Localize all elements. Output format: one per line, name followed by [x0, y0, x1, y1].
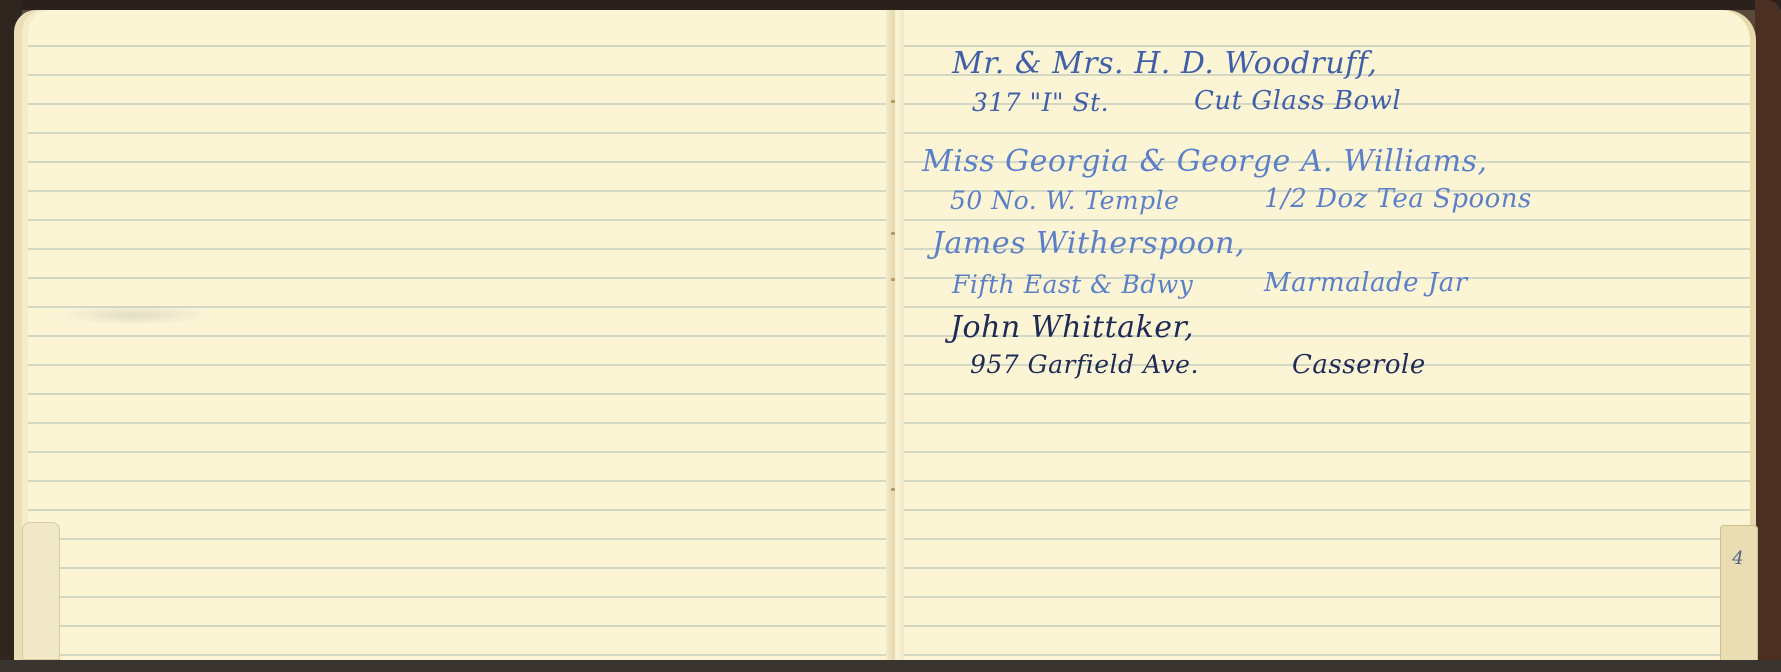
entry-address: Fifth East & Bdwy — [952, 270, 1193, 299]
entry-address: 50 No. W. Temple — [950, 186, 1179, 215]
left-page — [14, 10, 894, 662]
entry-name: Mr. & Mrs. H. D. Woodruff, — [952, 46, 1377, 81]
entry-gift: Casserole — [1292, 350, 1426, 380]
paper-smudge — [60, 305, 210, 325]
book-spine-gutter — [886, 10, 904, 662]
book-cover-bottom-edge — [0, 660, 1781, 672]
entry-gift: Cut Glass Bowl — [1194, 86, 1401, 116]
right-page: Mr. & Mrs. H. D. Woodruff, 317 "I" St. C… — [894, 10, 1756, 662]
book-cover-right — [1755, 0, 1781, 672]
binding-stitch — [891, 232, 895, 235]
entry-name: John Whittaker, — [950, 310, 1194, 345]
entry-address: 317 "I" St. — [972, 88, 1109, 117]
entry-name: James Witherspoon, — [932, 226, 1245, 261]
page-tab-number: 4 — [1722, 548, 1754, 569]
binding-stitch — [891, 278, 895, 281]
book-cover-top-edge — [0, 0, 1781, 10]
entry-name: Miss Georgia & George A. Williams, — [922, 144, 1488, 179]
left-page-index-tab — [22, 522, 60, 660]
right-page-index-tab — [1720, 525, 1758, 662]
binding-stitch — [891, 488, 895, 491]
entry-gift: Marmalade Jar — [1264, 268, 1468, 298]
binding-stitch — [891, 100, 895, 103]
entry-gift: 1/2 Doz Tea Spoons — [1264, 184, 1532, 214]
entry-address: 957 Garfield Ave. — [970, 350, 1199, 379]
